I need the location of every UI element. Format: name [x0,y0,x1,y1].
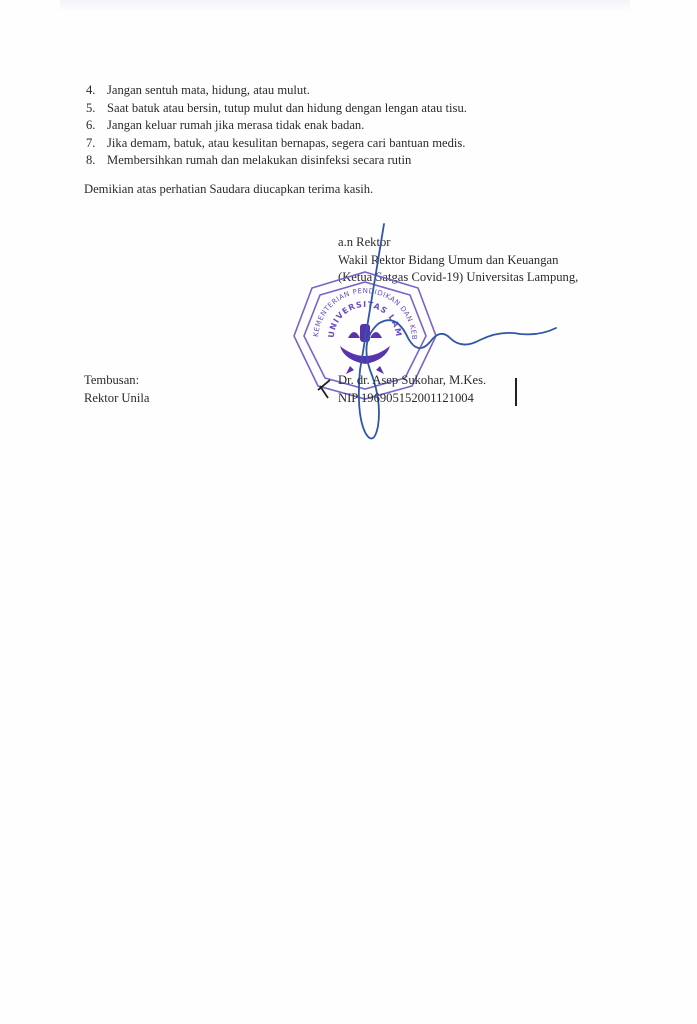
signer-details: Dr. dr. Asep Sukohar, M.Kes. NIP 1969051… [338,372,486,407]
signer-nip: NIP 196905152001121004 [338,390,486,408]
carbon-copy-section: Tembusan: Rektor Unila [84,372,149,407]
on-behalf-line: a.n Rektor [338,234,578,252]
signer-name: Dr. dr. Asep Sukohar, M.Kes. [338,372,486,390]
list-item: 8.Membersihkan rumah dan melakukan disin… [86,152,467,170]
list-item: 6.Jangan keluar rumah jika merasa tidak … [86,117,467,135]
list-item: 5.Saat batuk atau bersin, tutup mulut da… [86,100,467,118]
document-page: 4.Jangan sentuh mata, hidung, atau mulut… [0,0,697,1024]
carbon-copy-label: Tembusan: [84,372,149,390]
carbon-copy-recipient: Rektor Unila [84,390,149,408]
closing-statement: Demikian atas perhatian Saudara diucapka… [84,182,373,197]
bleed-through-header [60,0,630,12]
list-item: 4.Jangan sentuh mata, hidung, atau mulut… [86,82,467,100]
health-guidelines-list: 4.Jangan sentuh mata, hidung, atau mulut… [86,82,467,170]
list-item: 7.Jika demam, batuk, atau kesulitan bern… [86,135,467,153]
position-line: Wakil Rektor Bidang Umum dan Keuangan [338,252,578,270]
